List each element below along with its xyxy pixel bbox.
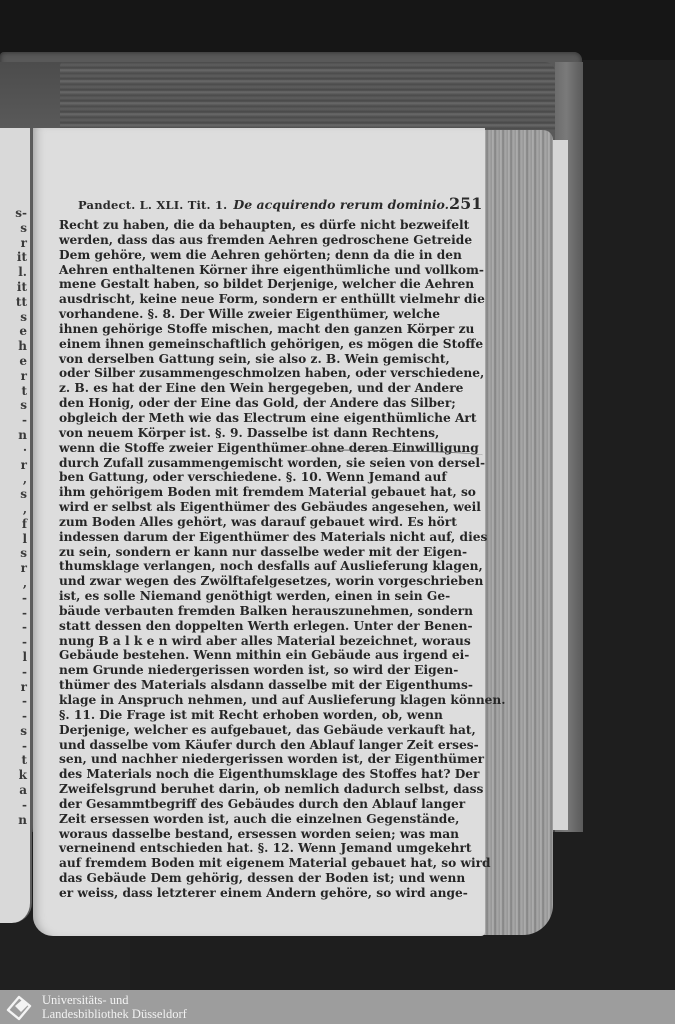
left-page-line-end: - <box>3 798 27 813</box>
text-line: oder Silber zusammengeschmolzen haben, o… <box>59 366 417 381</box>
text-line: und zwar wegen des Zwölftafelgesetzes, w… <box>59 574 417 589</box>
left-page-line-end: l <box>3 532 27 547</box>
left-page-line-end: l <box>3 650 27 665</box>
text-line: und dasselbe vom Käufer durch den Ablauf… <box>59 738 417 753</box>
page-fore-edge <box>483 130 553 935</box>
library-name-line1: Universitäts- und <box>42 993 187 1007</box>
text-line: ihm gehörigem Boden mit fremdem Material… <box>59 485 417 500</box>
left-page-line-end: it <box>3 250 27 265</box>
text-line: §. 11. Die Frage ist mit Recht erhoben w… <box>59 708 417 723</box>
left-page-line-end: s <box>3 221 27 236</box>
left-page-line-end: tt <box>3 295 27 310</box>
text-line: zu sein, sondern er kann nur dasselbe we… <box>59 545 417 560</box>
text-line: z. B. es hat der Eine den Wein hergegebe… <box>59 381 417 396</box>
left-page-line-end: e <box>3 354 27 369</box>
text-line: obgleich der Meth wie das Electrum eine … <box>59 411 417 426</box>
text-line: sen, und nachher niedergerissen worden i… <box>59 752 417 767</box>
left-page-line-end: n <box>3 428 27 443</box>
body-text: Recht zu haben, die da behaupten, es dür… <box>59 218 417 901</box>
left-page-line-end: s- <box>3 206 27 221</box>
running-head-section: Pandect. L. XLI. Tit. 1. <box>78 198 227 212</box>
page-number: 251 <box>449 194 482 213</box>
text-line: Gebäude bestehen. Wenn mithin ein Gebäud… <box>59 648 417 663</box>
left-page-line-end: - <box>3 591 27 606</box>
left-page-line-end: - <box>3 606 27 621</box>
left-page-line-end: t <box>3 384 27 399</box>
text-line: Derjenige, welcher es aufgebauet, das Ge… <box>59 723 417 738</box>
left-page-line-end: r <box>3 561 27 576</box>
text-line: bäude verbauten fremden Balken herauszun… <box>59 604 417 619</box>
text-line: zum Boden Alles gehört, was darauf gebau… <box>59 515 417 530</box>
running-head: Pandect. L. XLI. Tit. 1. De acquirendo r… <box>78 194 453 213</box>
text-line: verneinend entschieden hat. §. 12. Wenn … <box>59 841 417 856</box>
text-line: indessen darum der Eigenthümer des Mater… <box>59 530 417 545</box>
left-page-line-end: - <box>3 709 27 724</box>
background <box>0 0 675 60</box>
text-line: das Gebäude Dem gehörig, dessen der Bode… <box>59 871 417 886</box>
text-line: der Gesammtbegriff des Gebäudes durch de… <box>59 797 417 812</box>
text-line: den Honig, oder der Eine das Gold, der A… <box>59 396 417 411</box>
text-line: Aehren enthaltenen Körner ihre eigenthüm… <box>59 263 417 278</box>
left-page-line-end: h <box>3 339 27 354</box>
left-page-line-end: f <box>3 517 27 532</box>
text-line: vorhandene. §. 8. Der Wille zweier Eigen… <box>59 307 417 322</box>
text-line: einem ihnen gemeinschaftlich gehörigen, … <box>59 337 417 352</box>
left-page-line-end: r <box>3 236 27 251</box>
left-page-line-end: r <box>3 680 27 695</box>
text-line: Zweifelsgrund beruhet darin, ob nemlich … <box>59 782 417 797</box>
text-line: Dem gehöre, wem die Aehren gehörten; den… <box>59 248 417 263</box>
library-logo-icon <box>4 992 34 1022</box>
left-page-line-end: s <box>3 310 27 325</box>
left-page-line-end: - <box>3 739 27 754</box>
text-line: Zeit ersessen worden ist, auch die einze… <box>59 812 417 827</box>
left-page-line-end: l. <box>3 265 27 280</box>
right-page: Pandect. L. XLI. Tit. 1. De acquirendo r… <box>33 128 485 936</box>
text-line: thümer des Materials alsdann dasselbe mi… <box>59 678 417 693</box>
left-page-line-end: s <box>3 487 27 502</box>
left-page-line-end: - <box>3 413 27 428</box>
text-line: ist, es solle Niemand genöthigt werden, … <box>59 589 417 604</box>
left-page-line-end: · <box>3 443 27 458</box>
text-line: durch Zufall zusammengemischt worden, si… <box>59 456 417 471</box>
text-line: er weiss, dass letzterer einem Andern ge… <box>59 886 417 901</box>
library-footer: Universitäts- und Landesbibliothek Düsse… <box>0 990 675 1024</box>
text-line: werden, dass das aus fremden Aehren gedr… <box>59 233 417 248</box>
book-scan: s-sritl.itttseherts-n·r,s,flsr,----l-r--… <box>0 0 675 990</box>
left-page-line-end: it <box>3 280 27 295</box>
library-name-line2: Landesbibliothek Düsseldorf <box>42 1007 187 1021</box>
left-page: s-sritl.itttseherts-n·r,s,flsr,----l-r--… <box>0 128 32 923</box>
left-page-line-end: - <box>3 620 27 635</box>
text-line: auf fremdem Boden mit eigenem Material g… <box>59 856 417 871</box>
left-page-line-end: - <box>3 694 27 709</box>
left-page-line-end: k <box>3 768 27 783</box>
left-page-line-end: e <box>3 324 27 339</box>
page-block-top-edge <box>60 62 555 132</box>
left-page-line-end: n <box>3 813 27 828</box>
left-page-line-end: - <box>3 635 27 650</box>
text-line: von derselben Gattung sein, sie also z. … <box>59 352 417 367</box>
text-line: ben Gattung, oder verschiedene. §. 10. W… <box>59 470 417 485</box>
left-page-line-ends: s-sritl.itttseherts-n·r,s,flsr,----l-r--… <box>3 206 27 827</box>
left-page-line-end: r <box>3 458 27 473</box>
text-line: wird er selbst als Eigenthümer des Gebäu… <box>59 500 417 515</box>
left-page-line-end: - <box>3 665 27 680</box>
left-page-line-end: s <box>3 398 27 413</box>
text-line: von neuem Körper ist. §. 9. Dasselbe ist… <box>59 426 417 441</box>
left-page-line-end: , <box>3 576 27 591</box>
text-line: ausdrischt, keine neue Form, sondern er … <box>59 292 417 307</box>
library-name: Universitäts- und Landesbibliothek Düsse… <box>42 993 187 1021</box>
text-line: thumsklage verlangen, noch desfalls auf … <box>59 559 417 574</box>
text-line: mene Gestalt haben, so bildet Derjenige,… <box>59 277 417 292</box>
text-line: klage in Anspruch nehmen, und auf Auslie… <box>59 693 417 708</box>
left-page-line-end: r <box>3 369 27 384</box>
text-line: statt dessen den doppelten Werth erlegen… <box>59 619 417 634</box>
left-page-line-end: t <box>3 753 27 768</box>
text-line: ihnen gehörige Stoffe mischen, macht den… <box>59 322 417 337</box>
running-head-title: De acquirendo rerum dominio. <box>233 197 449 212</box>
left-page-line-end: a <box>3 783 27 798</box>
text-line: woraus dasselbe bestand, ersessen worden… <box>59 827 417 842</box>
left-page-line-end: s <box>3 724 27 739</box>
text-line: des Materials noch die Eigenthumsklage d… <box>59 767 417 782</box>
left-page-line-end: s <box>3 546 27 561</box>
text-line: Recht zu haben, die da behaupten, es dür… <box>59 218 417 233</box>
text-line: nem Grunde niedergerissen worden ist, so… <box>59 663 417 678</box>
left-page-line-end: , <box>3 472 27 487</box>
text-line: nung B a l k e n wird aber alles Materia… <box>59 634 417 649</box>
left-page-line-end: , <box>3 502 27 517</box>
